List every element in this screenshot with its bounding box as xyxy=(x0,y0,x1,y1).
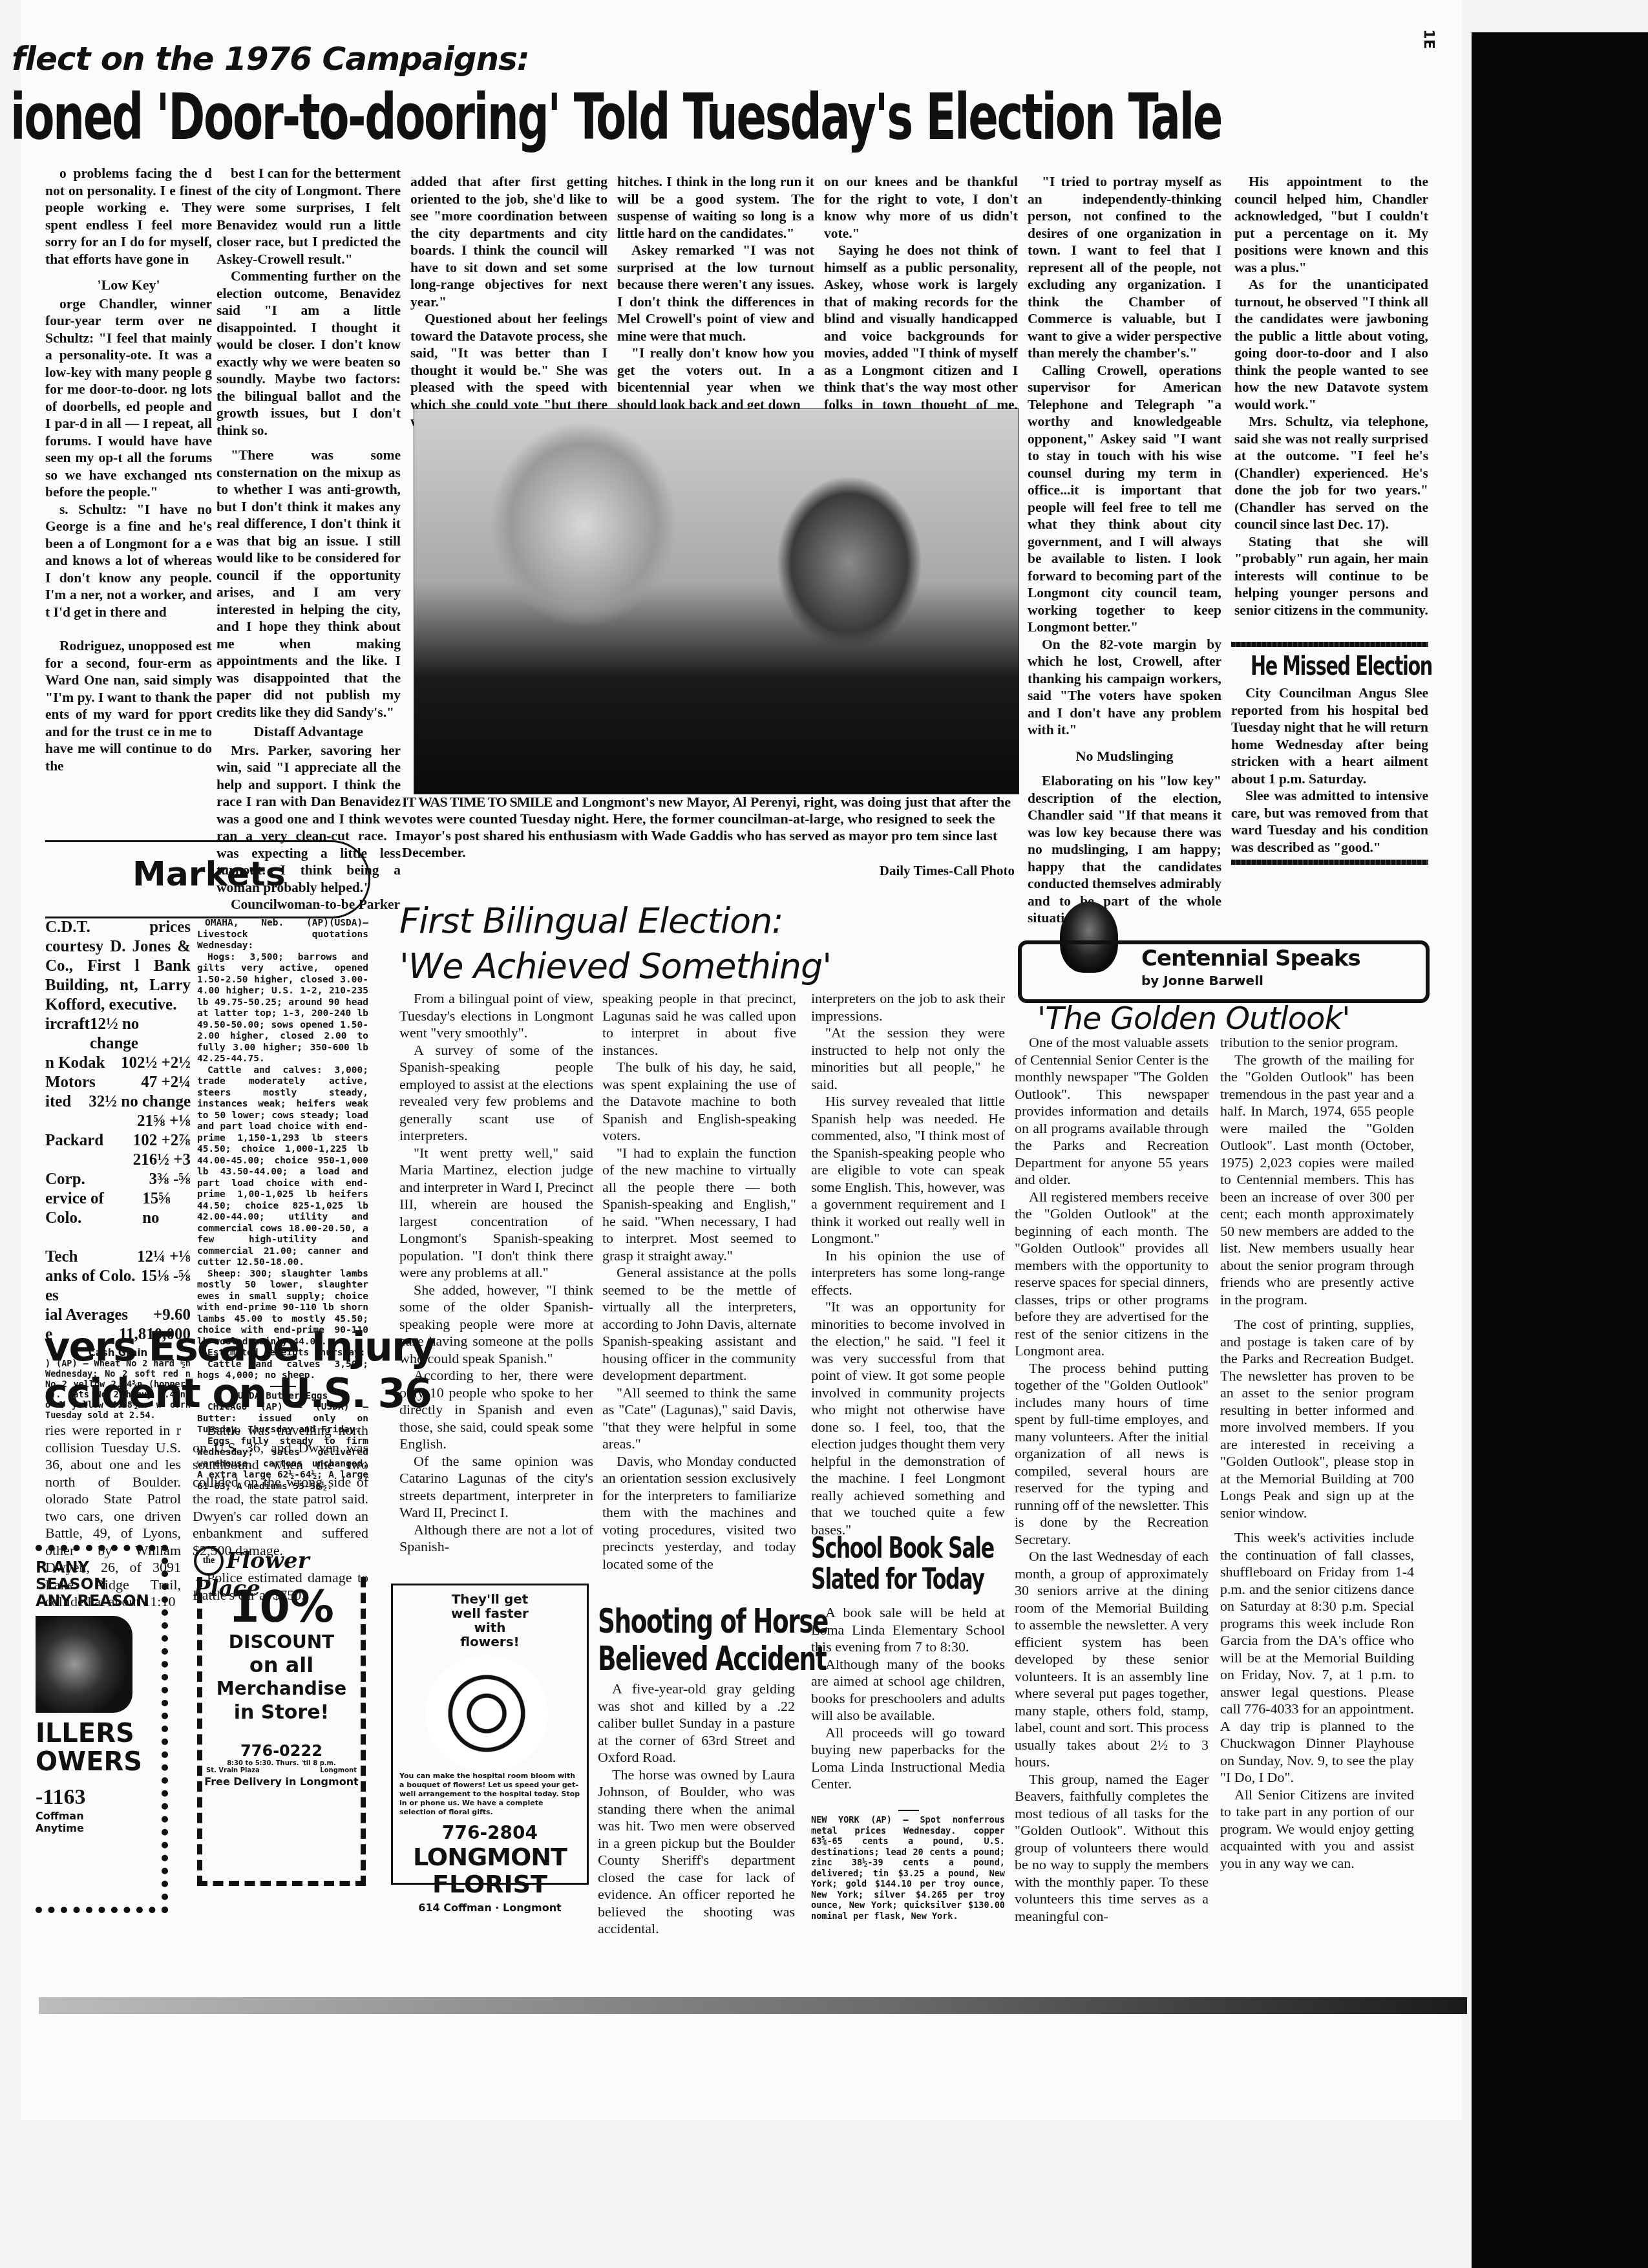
headline-line: vers Escape Injury xyxy=(44,1324,435,1370)
paragraph: All registered members receive the "Gold… xyxy=(1015,1189,1209,1360)
paragraph: A book sale will be held at Loma Linda E… xyxy=(811,1604,1005,1656)
ad-line: ANY REASON xyxy=(36,1593,162,1609)
subhead-distaff-advantage: Distaff Advantage xyxy=(217,723,401,741)
stock-row: ial Averages+9.60 xyxy=(45,1306,191,1325)
paragraph: Stating that she will "probably" run aga… xyxy=(1234,533,1428,619)
paragraph: His survey revealed that little Spanish … xyxy=(811,1093,1005,1247)
ad-hours: 8:30 to 5:30. Thurs. 'til 8 p.m. xyxy=(202,1760,361,1767)
divider xyxy=(898,1810,919,1811)
paragraph: "I tried to portray myself as an indepen… xyxy=(1028,173,1221,362)
markets-intro: C.D.T. prices courtesy D. Jones & Co., F… xyxy=(45,918,191,1015)
ad-percent: 10% xyxy=(202,1584,361,1631)
paragraph: "It was an opportunity for minorities to… xyxy=(811,1298,1005,1538)
column-title: Centennial Speaks xyxy=(1141,946,1360,971)
main-story-col5: on our knees and be thankful for the rig… xyxy=(824,173,1018,430)
ad-hours: Anytime xyxy=(36,1822,162,1834)
paragraph: on our knees and be thankful for the rig… xyxy=(824,173,1018,242)
ad-flower-place: 10% DISCOUNT on all Merchandise in Store… xyxy=(197,1577,366,1886)
ad-name: ILLERS xyxy=(36,1719,162,1748)
headline-line: Believed Accident xyxy=(598,1640,828,1678)
stock-row: ited32½ no change xyxy=(45,1092,191,1112)
paragraph: A survey of some of the Spanish-speaking… xyxy=(399,1042,593,1145)
ad-line: R ANY SEASON xyxy=(36,1559,162,1593)
paragraph: Rodriguez, unopposed est for a second, f… xyxy=(45,637,212,774)
scan-edge-dark-band xyxy=(1472,32,1648,2268)
paragraph: speaking people in that precinct, Laguna… xyxy=(602,990,796,1059)
ad-line: Merchandise xyxy=(202,1677,361,1701)
golden-outlook-headline: 'The Golden Outlook' xyxy=(1037,1001,1349,1037)
book-sale-headline: School Book Sale Slated for Today xyxy=(811,1533,994,1595)
paragraph: Cattle and calves: 3,000; trade moderate… xyxy=(197,1065,368,1269)
paragraph: "At the session they were instructed to … xyxy=(811,1024,1005,1093)
paragraph: Battle was travelling north on U.S. 36, … xyxy=(193,1422,368,1559)
ad-phone: -1163 xyxy=(36,1785,162,1810)
stock-row: Tech12¼ +⅛ xyxy=(45,1247,191,1267)
banner-headline: ioned 'Door-to-dooring' Told Tuesday's E… xyxy=(10,81,1221,154)
headline-line: School Book Sale xyxy=(811,1533,994,1564)
paragraph: On the last Wednesday of each month, a g… xyxy=(1015,1548,1209,1771)
paragraph: Hogs: 3,500; barrows and gilts very acti… xyxy=(197,952,368,1065)
paragraph: The horse was owned by Laura Johnson, of… xyxy=(598,1766,795,1938)
paragraph: In his opinion the use of interpreters h… xyxy=(811,1247,1005,1299)
divider xyxy=(1231,860,1428,865)
paragraph: From a bilingual point of view, Tuesday'… xyxy=(399,990,593,1042)
divider xyxy=(1231,642,1428,647)
paragraph: The bulk of his day, he said, was spent … xyxy=(602,1059,796,1145)
sidebar-body: City Councilman Angus Slee reported from… xyxy=(1231,684,1428,856)
paragraph: This group, named the Eager Beavers, fai… xyxy=(1015,1771,1209,1925)
paragraph: "It went pretty well," said Maria Martin… xyxy=(399,1145,593,1282)
bouquet-illustration xyxy=(425,1655,548,1772)
headline-line: First Bilingual Election: xyxy=(399,898,831,944)
photo-credit: Daily Times-Call Photo xyxy=(776,863,1015,879)
metals-prices: NEW YORK (AP) — Spot nonferrous metal pr… xyxy=(811,1815,1005,1922)
paragraph: Mrs. Schultz, via telephone, said she wa… xyxy=(1234,413,1428,533)
bilingual-col1: From a bilingual point of view, Tuesday'… xyxy=(399,990,593,1556)
headline-line: Slated for Today xyxy=(811,1564,994,1595)
stock-row xyxy=(45,1228,191,1247)
photo-caption: IT WAS TIME TO SMILE and Longmont's new … xyxy=(402,794,1016,861)
scan-bottom-shadow xyxy=(39,1997,1467,2014)
stock-row: anks of Colo.15⅛ -⅝ xyxy=(45,1267,191,1286)
paragraph: hitches. I think in the long run it will… xyxy=(617,173,814,242)
paragraph: Of the same opinion was Catarino Lagunas… xyxy=(399,1453,593,1521)
paragraph: City Councilman Angus Slee reported from… xyxy=(1231,684,1428,787)
paragraph: best I can for the betterment of the cit… xyxy=(217,165,401,268)
ad-body: You can make the hospital room bloom wit… xyxy=(393,1772,587,1817)
paragraph: One of the most valuable assets of Cente… xyxy=(1015,1034,1209,1189)
stock-row: n Kodak102½ +2½ xyxy=(45,1054,191,1073)
ad-name: FLORIST xyxy=(393,1871,587,1898)
paragraph: interpreters on the job to ask their imp… xyxy=(811,990,1005,1024)
paragraph: Davis, who Monday conducted an orientati… xyxy=(602,1453,796,1573)
paragraph: "I had to explain the function of the ne… xyxy=(602,1145,796,1265)
ad-name: OWERS xyxy=(36,1748,162,1776)
paragraph: Commenting further on the election outco… xyxy=(217,268,401,439)
main-story-col3: added that after first getting oriented … xyxy=(410,173,607,430)
paragraph: All proceeds will go toward buying new p… xyxy=(811,1724,1005,1793)
column-byline: by Jonne Barwell xyxy=(1141,973,1263,988)
photo-mayor-perenyi xyxy=(414,408,1019,794)
main-story-col4: hitches. I think in the long run it will… xyxy=(617,173,814,413)
paragraph: The process behind putting together of t… xyxy=(1015,1360,1209,1549)
headline-line: ccident on U.S. 36 xyxy=(44,1370,435,1417)
column-logo-box: Centennial Speaks by Jonne Barwell xyxy=(1018,940,1430,1003)
stock-row: Packard102 +2⅞ xyxy=(45,1131,191,1150)
main-story-col6: "I tried to portray myself as an indepen… xyxy=(1028,173,1221,927)
bilingual-col2: speaking people in that precinct, Laguna… xyxy=(602,990,796,1573)
paragraph: orge Chandler, winner four-year term ove… xyxy=(45,295,212,501)
paragraph: s. Schultz: "I have no George is a fine … xyxy=(45,501,212,621)
main-story-col2: best I can for the betterment of the cit… xyxy=(217,165,401,913)
ad-line: in Store! xyxy=(202,1701,361,1725)
paragraph: Askey remarked "I was not surprised at t… xyxy=(617,242,814,344)
paragraph: Calling Crowell, operations supervisor f… xyxy=(1028,362,1221,636)
paragraph: "There was some consternation on the mix… xyxy=(217,447,401,721)
stock-row: 216½ +3 xyxy=(45,1150,191,1170)
centennial-col1: One of the most valuable assets of Cente… xyxy=(1015,1034,1209,1925)
paragraph: Saying he does not think of himself as a… xyxy=(824,242,1018,430)
accident-headline: vers Escape Injury ccident on U.S. 36 xyxy=(44,1324,435,1417)
caption-lead: IT WAS TIME TO SMILE xyxy=(402,794,552,810)
paragraph: tribution to the senior program. xyxy=(1220,1034,1414,1052)
paragraph: As for the unanticipated turnout, he obs… xyxy=(1234,276,1428,413)
flower-photo xyxy=(36,1616,132,1713)
paragraph: Although there are not a lot of Spanish- xyxy=(399,1521,593,1556)
ad-name: LONGMONT xyxy=(393,1843,587,1871)
markets-title-box: Markets xyxy=(45,840,370,918)
stock-row: Corp.3⅜ -⅝ xyxy=(45,1170,191,1189)
stock-row: ircraft12½ no change xyxy=(45,1015,191,1054)
paragraph: The cost of printing, supplies, and post… xyxy=(1220,1316,1414,1521)
paragraph: o problems facing the d not on personali… xyxy=(45,165,212,268)
bilingual-col3: interpreters on the job to ask their imp… xyxy=(811,990,1005,1538)
headline-line: Shooting of Horse xyxy=(598,1603,828,1640)
subhead-low-key: 'Low Key' xyxy=(45,277,212,294)
stock-row: ervice of Colo.15⅝ no xyxy=(45,1189,191,1228)
stock-row: es xyxy=(45,1286,191,1306)
ad-millers-flowers: R ANY SEASON ANY REASON ILLERS OWERS -11… xyxy=(36,1545,168,1913)
paragraph: This week's activities include the conti… xyxy=(1220,1529,1414,1786)
paragraph: On the 82-vote margin by which he lost, … xyxy=(1028,636,1221,739)
paragraph: A five-year-old gray gelding was shot an… xyxy=(598,1680,795,1766)
paragraph: The growth of the mailing for the "Golde… xyxy=(1220,1052,1414,1309)
ad-address: 614 Coffman · Longmont xyxy=(393,1902,587,1914)
ad-phone: 776-0222 xyxy=(202,1742,361,1760)
stock-row: 21⅝ +⅛ xyxy=(45,1112,191,1131)
paragraph: She added, however, "I think some of the… xyxy=(399,1282,593,1368)
paragraph: Slee was admitted to intensive care, but… xyxy=(1231,787,1428,856)
paragraph: All Senior Citizens are invited to take … xyxy=(1220,1786,1414,1872)
sidebar-headline: He Missed Election xyxy=(1251,650,1379,683)
headline-line: 'We Achieved Something' xyxy=(399,944,831,989)
paragraph: added that after first getting oriented … xyxy=(410,173,607,310)
paragraph: General assistance at the polls seemed t… xyxy=(602,1264,796,1384)
ad-delivery: Free Delivery in Longmont xyxy=(202,1775,361,1788)
page-marker: 1E xyxy=(1421,29,1437,48)
markets-title: Markets xyxy=(132,855,286,894)
paragraph: "All seemed to think the same as "Cate" … xyxy=(602,1384,796,1453)
centennial-col2: tribution to the senior program. The gro… xyxy=(1220,1034,1414,1872)
ad-phone: 776-2804 xyxy=(393,1822,587,1843)
ad-longmont-florist: They'll get well faster with flowers! Yo… xyxy=(391,1584,589,1885)
paragraph: His appointment to the council helped hi… xyxy=(1234,173,1428,276)
flower-logo-icon: the xyxy=(194,1546,224,1576)
horse-headline: Shooting of Horse Believed Accident xyxy=(598,1603,828,1678)
ad-location: St. Vrain PlazaLongmont xyxy=(202,1767,361,1774)
paragraph: According to her, there were only 10 peo… xyxy=(399,1367,593,1453)
main-story-col7: His appointment to the council helped hi… xyxy=(1234,173,1428,619)
paragraph: Although many of the books are aimed at … xyxy=(811,1656,1005,1724)
stock-row: Motors47 +2¼ xyxy=(45,1073,191,1092)
book-sale-body: A book sale will be held at Loma Linda E… xyxy=(811,1604,1005,1793)
subhead-no-mudslinging: No Mudslinging xyxy=(1028,748,1221,765)
horse-body: A five-year-old gray gelding was shot an… xyxy=(598,1680,795,1938)
ad-address: Coffman xyxy=(36,1810,162,1822)
ad-discount: DISCOUNT xyxy=(202,1631,361,1653)
kicker-headline: flect on the 1976 Campaigns: xyxy=(12,40,529,78)
ad-line: on all xyxy=(202,1653,361,1677)
paragraph: OMAHA, Neb. (AP)(USDA)— Livestock quotat… xyxy=(197,918,368,952)
paragraph: "I really don't know how you get the vot… xyxy=(617,344,814,413)
paragraph: Elaborating on his "low key" description… xyxy=(1028,772,1221,927)
bilingual-headline: First Bilingual Election: 'We Achieved S… xyxy=(399,898,831,989)
ad-tagline: They'll get well faster with flowers! xyxy=(445,1592,535,1649)
main-story-col1: o problems facing the d not on personali… xyxy=(45,165,212,774)
sidebar-he-missed-election: He Missed Election City Councilman Angus… xyxy=(1231,642,1428,865)
